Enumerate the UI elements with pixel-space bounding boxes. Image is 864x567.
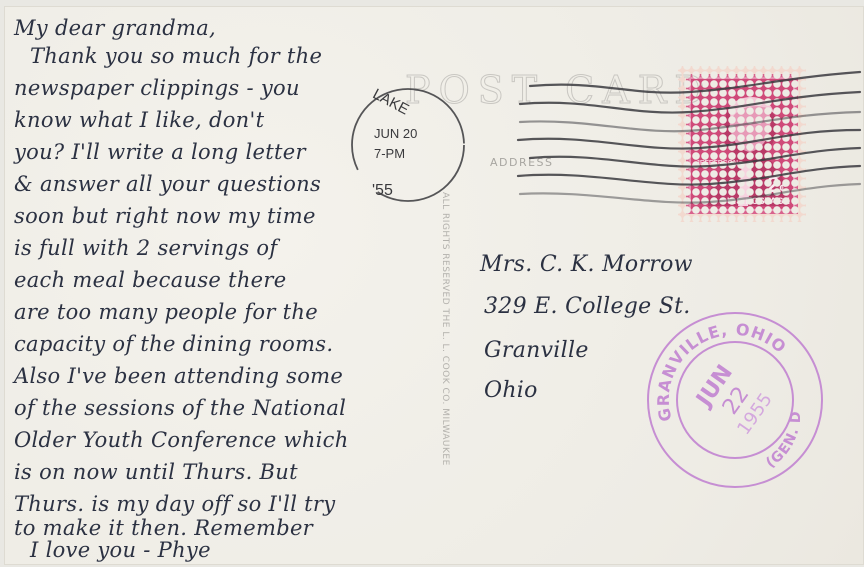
receiving-postmark: GRANVILLE, OHIO (GEN. DEL.) JUN 22 1955 bbox=[0, 0, 864, 567]
receiving-delivery: (GEN. DEL.) bbox=[0, 0, 804, 471]
svg-text:(GEN. DEL.): (GEN. DEL.) bbox=[0, 0, 804, 471]
